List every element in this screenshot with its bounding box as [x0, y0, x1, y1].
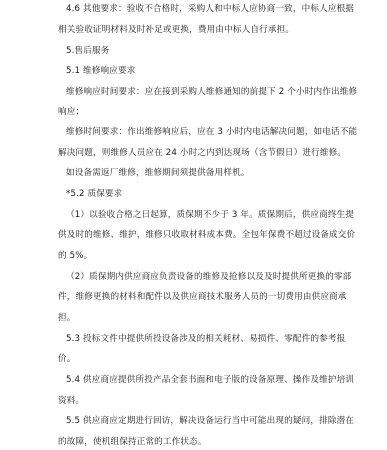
- warranty-2-line-1: （2）质保期内供应商应负责设备的维修及抢修以及及时提供所更换的零部: [66, 272, 351, 283]
- heading-5-after-sales: 5.售后服务: [66, 46, 109, 57]
- warranty-2-line-3: 担。: [58, 313, 76, 324]
- paragraph-5-4-line-1: 5.4 供应商应提供所投产品全套书面和电子版的设备原理、操作及维护培训: [66, 375, 354, 386]
- paragraph-5-5-line-2: 的故障，使机组保持正常的工作状态。: [58, 437, 207, 448]
- paragraph-5-4-line-2: 资料。: [58, 396, 84, 407]
- warranty-1-line-3: 的 5%。: [58, 251, 92, 262]
- repair-time-line-1: 维修时间要求：作出维修响应后，应在 3 小时内电话解决问题，如电话不能: [66, 127, 357, 138]
- response-time-line-1: 维修响应时间要求：应在接到采购人维修通知的前提下 2 个小时内作出维修: [66, 87, 357, 98]
- paragraph-5-3-line-2: 价。: [58, 354, 76, 365]
- document-page: 4.6 其他要求：验收不合格时，采购人和中标人应协商一致，中标人应根据 相关验收…: [0, 0, 387, 450]
- paragraph-4-6-line-1: 4.6 其他要求：验收不合格时，采购人和中标人应协商一致，中标人应根据: [66, 4, 354, 15]
- return-repair-line: 如设备需返厂维修，维修期间须提供备用样机。: [66, 168, 250, 179]
- warranty-1-line-2: 供及时的维修、维护，维修只收取材料成本费。全包年保费不超过设备成交价: [58, 230, 355, 241]
- response-time-line-2: 响应；: [58, 107, 84, 118]
- warranty-1-line-1: （1）以验收合格之日起算，质保期不少于 3 年。质保期后，供应商终生提: [66, 210, 354, 221]
- paragraph-4-6-line-2: 相关验收证明材料及时补足或更换，费用由中标人自行承担。: [58, 25, 294, 36]
- repair-time-line-2: 解决问题，则维修人员应在 24 小时之内到达现场（含节假日）进行维修。: [58, 148, 346, 159]
- heading-5-1: 5.1 维修响应要求: [66, 66, 135, 77]
- paragraph-5-5-line-1: 5.5 供应商应定期进行回访，解决设备运行当中可能出现的疑问，排除潜在: [66, 416, 354, 427]
- paragraph-5-3-line-1: 5.3 投标文件中提供所投设备涉及的相关耗材、易损件、零配件的参考报: [66, 334, 345, 345]
- heading-5-2: *5.2 质保要求: [66, 189, 122, 200]
- warranty-2-line-2: 件，维修更换的材料和配件以及供应商技术服务人员的一切费用由供应商承: [58, 292, 347, 303]
